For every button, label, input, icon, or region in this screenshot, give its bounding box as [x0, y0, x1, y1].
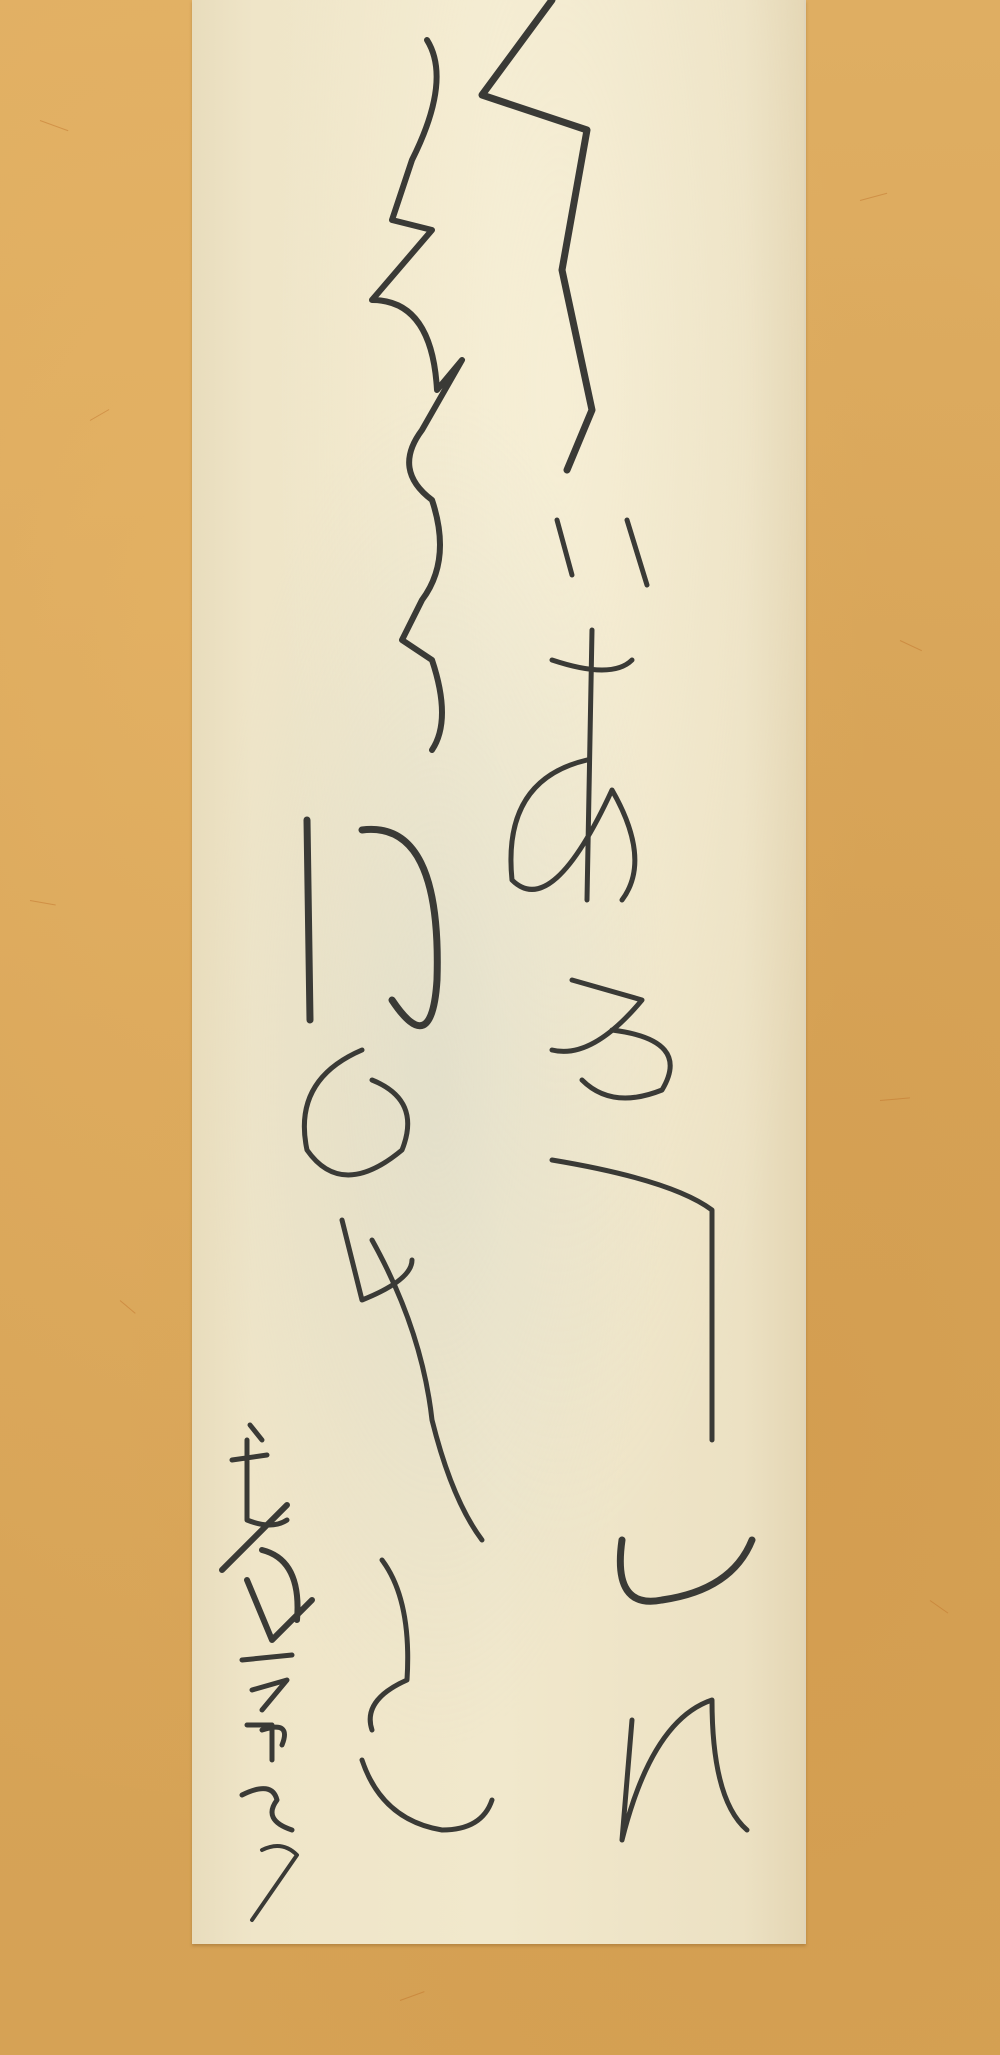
tanzaku-paper-strip: くいあとを つむ そよぐ風の さきし 直存 七十七歳	[192, 0, 806, 1944]
calligraphy-ink	[192, 0, 804, 1944]
